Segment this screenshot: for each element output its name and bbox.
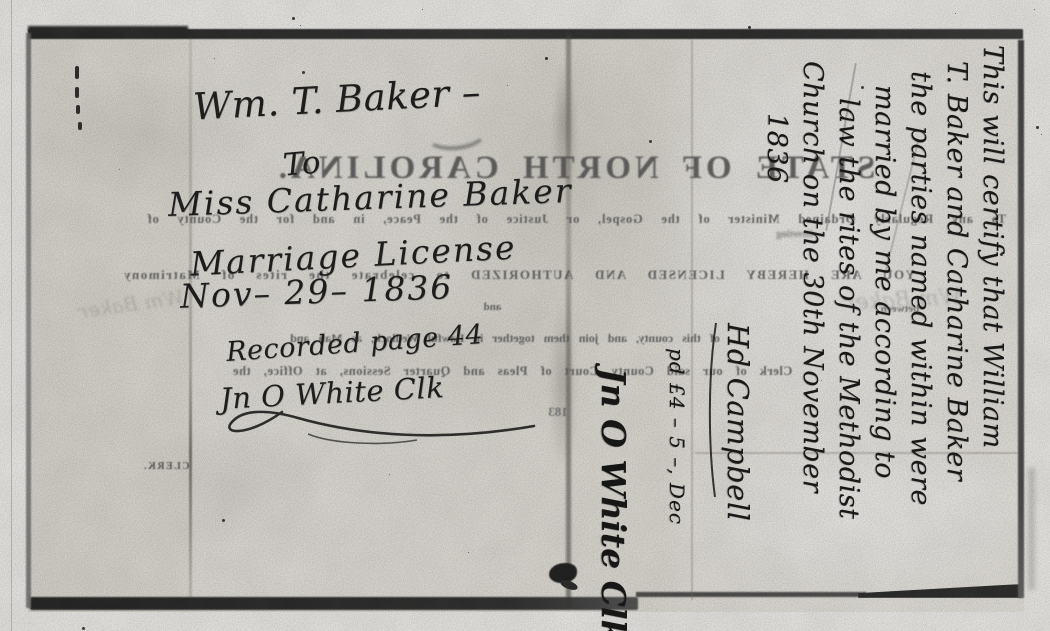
minister-signature: Hd Campbell xyxy=(720,45,756,585)
scan-edge-right xyxy=(1018,40,1024,598)
scratch-line xyxy=(11,0,12,631)
certification-line: This will certify that William xyxy=(974,45,1010,585)
shadow-band-right xyxy=(1028,468,1035,590)
ink-dash xyxy=(75,66,79,79)
scan-edge-top-lip xyxy=(28,26,188,32)
certification-line: 1836 xyxy=(758,45,794,585)
fee-clerk-signature: Jn O White Clk xyxy=(586,340,640,600)
certification-line: law the rites of the Methodist xyxy=(830,45,866,585)
fold-line-left xyxy=(189,36,192,598)
docket-to-word: To xyxy=(282,144,323,183)
printed-clerk-caption: CLERK. xyxy=(139,461,193,472)
fee-note-block: pd £4 – 5 –, Dec Jn O White Clk xyxy=(545,340,700,600)
certification-line: the parties named within were xyxy=(902,45,938,585)
scan-edge-left xyxy=(26,33,31,608)
certification-line: married by me according to xyxy=(866,45,902,585)
certification-line: Church on the 30th November xyxy=(794,45,830,585)
dust-specks xyxy=(292,17,295,20)
printed-and-word: and xyxy=(465,301,520,313)
certification-line: T. Baker and Catharine Baker xyxy=(938,45,974,585)
minister-certification-block: This will certify that William T. Baker … xyxy=(700,45,1010,585)
ink-dash xyxy=(75,87,79,98)
ink-dash xyxy=(76,105,80,114)
fee-amount-note: pd £4 – 5 –, Dec xyxy=(654,340,700,600)
minister-signature-flourish xyxy=(706,45,720,585)
signature-flourish xyxy=(212,404,542,452)
scan-canvas: STATE OF NORTH CAROLINA. To any Regularl… xyxy=(0,0,1050,631)
ink-dash xyxy=(78,122,82,130)
